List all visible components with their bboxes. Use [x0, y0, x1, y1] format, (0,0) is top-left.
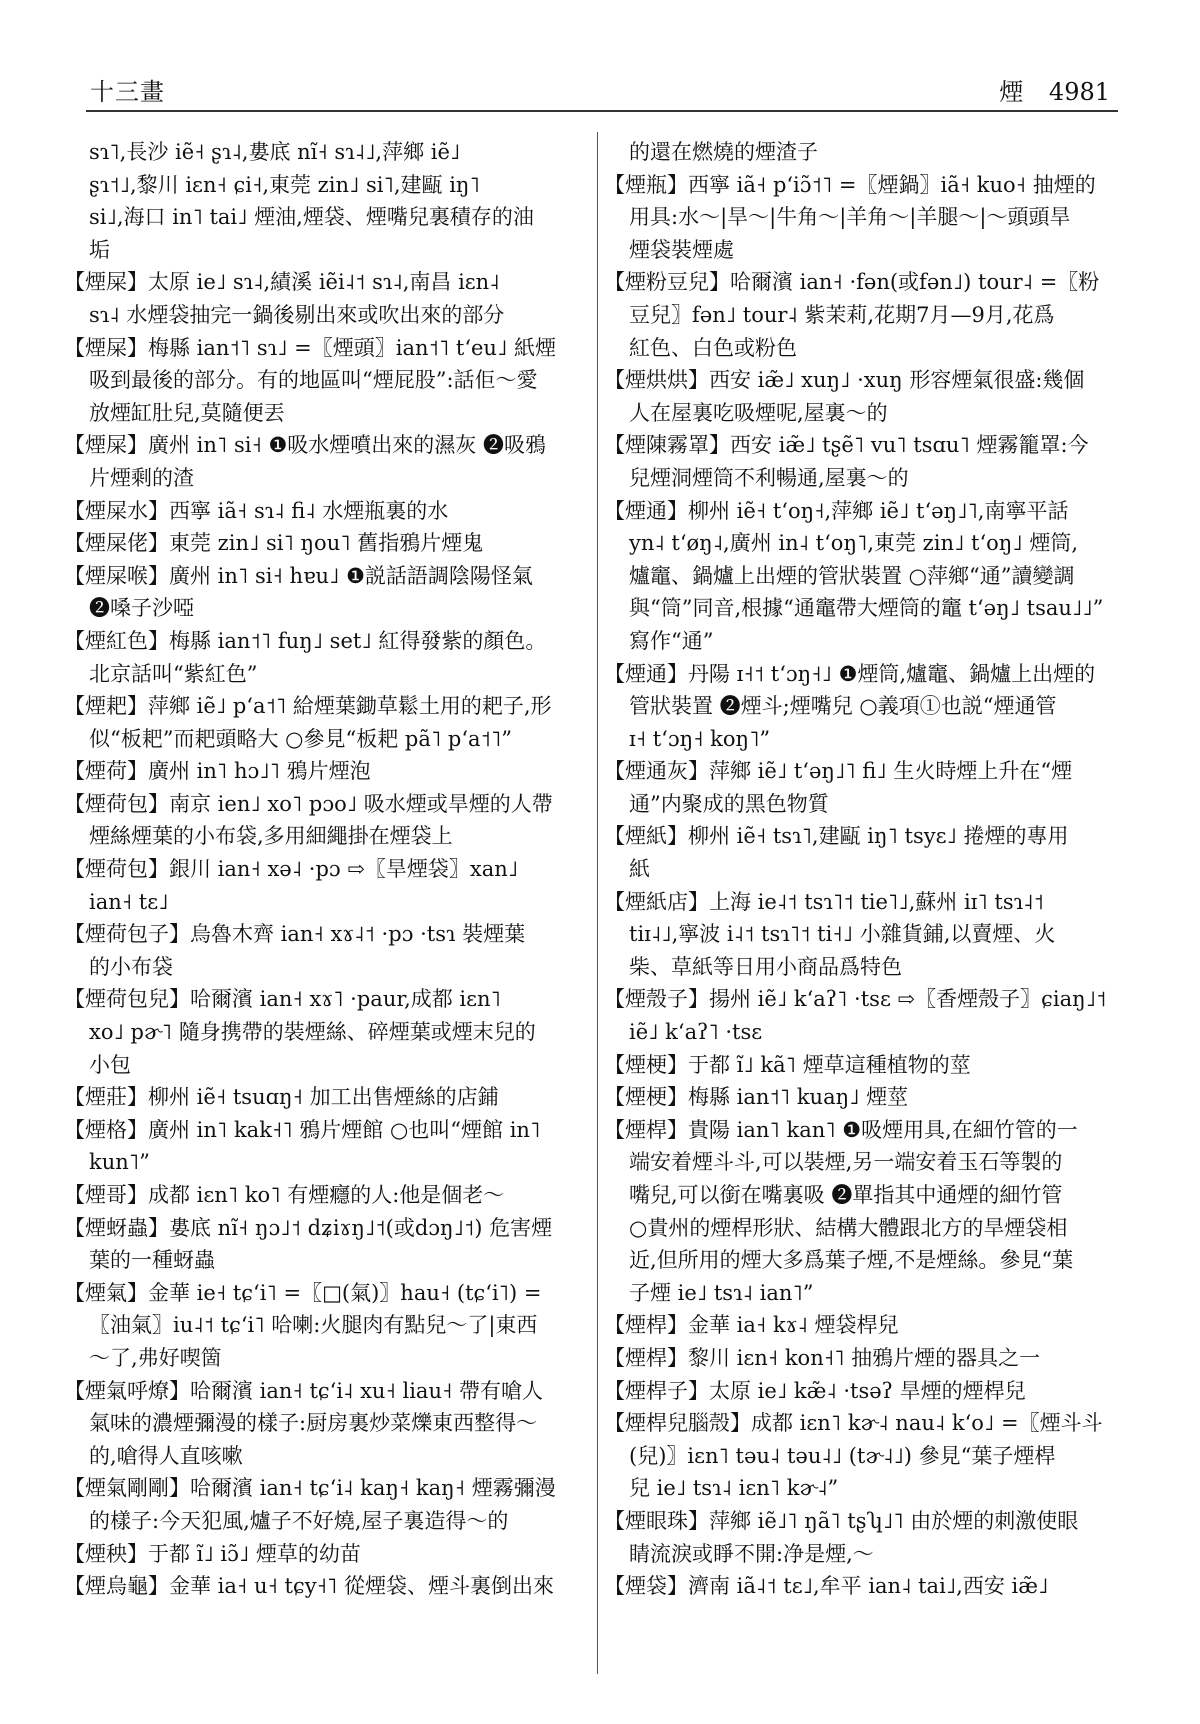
- entry-line: 【煙屎佬】東莞 zin˩ si˥ ŋou˥ 舊指鴉片煙鬼: [64, 527, 569, 560]
- entry-line: 【煙荷包兒】哈爾濱 ian˧ xɤ˥ ·paur,成都 iɛn˥: [64, 983, 569, 1016]
- entry-line: 【煙荷包】銀川 ian˧ xə˨ ·pɔ ⇨〖旱煙袋〗xan˩: [64, 853, 569, 886]
- entry-line: 【煙荷】廣州 in˥ hɔ˩˥ 鴉片煙泡: [64, 755, 569, 788]
- entry-line: 【煙梗】于都 ĩ˩ kã˥ 煙草這種植物的莖: [604, 1049, 1109, 1082]
- entry-continuation-line: 的小布袋: [64, 951, 569, 984]
- entry-continuation-line: 小包: [64, 1049, 569, 1082]
- entry-continuation-line: 柴、草紙等日用小商品爲特色: [604, 951, 1109, 984]
- entry-line: 【煙屎水】西寧 iã˧ sɿ˨ fi˨ 水煙瓶裏的水: [64, 495, 569, 528]
- entry-continuation-line: 放煙缸肚兒,莫隨便丟: [64, 397, 569, 430]
- entry-continuation-line: 兒煙洞煙筒不利暢通,屋裏～的: [604, 462, 1109, 495]
- entry-line: 【煙屎】廣州 in˥ si˧ ❶吸水煙噴出來的濕灰 ❷吸鴉: [64, 429, 569, 462]
- entry-continuation-line: ❷嗓子沙啞: [64, 592, 569, 625]
- entry-line: 【煙紙】柳州 iẽ˧ tsɿ˥,建甌 iŋ˥ tsyɛ˩ 捲煙的專用: [604, 820, 1109, 853]
- entry-line: 【煙哥】成都 iɛn˥ ko˥ 有煙癮的人:他是個老～: [64, 1179, 569, 1212]
- entry-line: 【煙桿子】太原 ie˩ kæ̃˨ ·tsəʔ 旱煙的煙桿兒: [604, 1375, 1109, 1408]
- entry-line: 【煙秧】于都 ĩ˩ iɔ̃˩ 煙草的幼苗: [64, 1538, 569, 1571]
- entry-line: 【煙桿】金華 ia˧ kɤ˨ 煙袋桿兒: [604, 1309, 1109, 1342]
- entry-line: 【煙荷包子】烏魯木齊 ian˧ xɤ˨˦ ·pɔ ·tsɿ 裝煙葉: [64, 918, 569, 951]
- entry-continuation-line: 通”内聚成的黑色物質: [604, 788, 1109, 821]
- entry-continuation-line: 的還在燃燒的煙渣子: [604, 136, 1109, 169]
- entry-line: 【煙通】丹陽 ɪ˧˦ tʻɔŋ˧˩ ❶煙筒,爐竈、鍋爐上出煙的: [604, 658, 1109, 691]
- entry-continuation-line: 的樣子:今天犯風,爐子不好燒,屋子裏造得～的: [64, 1505, 569, 1538]
- entry-continuation-line: 寫作“通”: [604, 625, 1109, 658]
- entry-continuation-line: yn˨ tʻøŋ˨,廣州 in˨ tʻoŋ˥,東莞 zin˩ tʻoŋ˩ 煙筒,: [604, 527, 1109, 560]
- entry-line: 【煙格】廣州 in˥ kak˧˥ 鴉片煙館 ○也叫“煙館 in˥: [64, 1114, 569, 1147]
- left-column: sɿ˥,長沙 iẽ˧ ʂɿ˨,婁底 nĩ˧ sɿ˨˩,萍鄉 iẽ˩ʂɿ˦˩,黎川…: [64, 136, 569, 1603]
- entry-continuation-line: 煙絲煙葉的小布袋,多用細繩掛在煙袋上: [64, 820, 569, 853]
- entry-continuation-line: si˩,海口 in˥ tai˩ 煙油,煙袋、煙嘴兒裏積存的油: [64, 201, 569, 234]
- entry-line: 【煙屎】梅縣 ian˦˥ sɿ˩ =〖煙頭〗ian˦˥ tʻeu˩ 紙煙: [64, 332, 569, 365]
- entry-line: 【煙耙】萍鄉 iẽ˩ pʻa˦˥ 給煙葉鋤草鬆土用的耙子,形: [64, 690, 569, 723]
- entry-continuation-line: iẽ˩ kʻaʔ˥ ·tsɛ: [604, 1016, 1109, 1049]
- column-divider: [597, 132, 598, 1674]
- entry-continuation-line: 與“筒”同音,根據“通竈帶大煙筒的竈 tʻəŋ˩ tsau˩˩”: [604, 592, 1109, 625]
- entry-line: 【煙紅色】梅縣 ian˦˥ fuŋ˩ set˩ 紅得發紫的顏色。: [64, 625, 569, 658]
- entry-continuation-line: 垢: [64, 234, 569, 267]
- entry-line: 【煙眼珠】萍鄉 iẽ˩˥ ŋã˥ tʂʮ˩˥ 由於煙的刺激使眼: [604, 1505, 1109, 1538]
- entry-continuation-line: 北京話叫“紫紅色”: [64, 658, 569, 691]
- entry-line: 【煙殼子】揚州 iẽ˩ kʻaʔ˥ ·tsɛ ⇨〖香煙殼子〗ɕiaŋ˩˦: [604, 983, 1109, 1016]
- entry-continuation-line: (兒)〗iɛn˥ təu˨ təu˨˩ (tɚ˨˩) 參見“葉子煙桿: [604, 1440, 1109, 1473]
- header-rule: [86, 110, 1118, 112]
- headword-label: 煙: [999, 78, 1023, 106]
- entry-continuation-line: 似“板耙”而耙頭略大 ○參見“板耙 pã˥ pʻa˦˥”: [64, 723, 569, 756]
- entry-continuation-line: ○貴州的煙桿形狀、結構大體跟北方的旱煙袋相: [604, 1212, 1109, 1245]
- entry-line: 【煙紙店】上海 ie˨˦ tsɿ˥˦ tie˥˩,蘇州 iɪ˥ tsɿ˨˦: [604, 886, 1109, 919]
- entry-continuation-line: ～了,弗好喫箇: [64, 1342, 569, 1375]
- entry-line: 【煙通灰】萍鄉 iẽ˩ tʻəŋ˩˥ fi˩ 生火時煙上升在“煙: [604, 755, 1109, 788]
- entry-continuation-line: 吸到最後的部分。有的地區叫“煙屁股”:話佢～愛: [64, 364, 569, 397]
- entry-line: 【煙屎喉】廣州 in˥ si˧ hɐu˩ ❶説話語調陰陽怪氣: [64, 560, 569, 593]
- entry-continuation-line: ian˧ tɛ˩: [64, 886, 569, 919]
- entry-line: 【煙氣呼燎】哈爾濱 ian˧ tɕʻi˨ xu˧ liau˧ 帶有嗆人: [64, 1375, 569, 1408]
- entry-line: 【煙桿兒腦殼】成都 iɛn˥ kɚ˨ nau˨ kʻo˩ =〖煙斗斗: [604, 1407, 1109, 1440]
- entry-line: 【煙蚜蟲】婁底 nĩ˧ ŋɔ˩˦ dʑiɤŋ˩˦(或dɔŋ˩˦) 危害煙: [64, 1212, 569, 1245]
- entry-continuation-line: 用具:水～|旱～|牛角～|羊角～|羊腿～|～頭頭旱: [604, 201, 1109, 234]
- entry-continuation-line: 葉的一種蚜蟲: [64, 1244, 569, 1277]
- entry-line: 【煙烏龜】金華 ia˧ u˧ tɕy˧˥ 從煙袋、煙斗裏倒出來: [64, 1570, 569, 1603]
- entry-continuation-line: 紅色、白色或粉色: [604, 332, 1109, 365]
- entry-continuation-line: 嘴兒,可以銜在嘴裏吸 ❷單指其中通煙的細竹管: [604, 1179, 1109, 1212]
- entry-line: 【煙氣】金華 ie˧ tɕʻi˥ =〖□(氣)〗hau˧ (tɕʻi˥) =: [64, 1277, 569, 1310]
- page-number: 4981: [1049, 78, 1110, 106]
- entry-line: 【煙瓶】西寧 iã˧ pʻiɔ̃˦˥ =〖煙鍋〗iã˧ kuo˧ 抽煙的: [604, 169, 1109, 202]
- entry-line: 【煙氣剛剛】哈爾濱 ian˧ tɕʻi˨ kaŋ˧ kaŋ˧ 煙霧彌漫: [64, 1472, 569, 1505]
- entry-continuation-line: 近,但所用的煙大多爲葉子煙,不是煙絲。參見“葉: [604, 1244, 1109, 1277]
- entry-continuation-line: 子煙 ie˩ tsɿ˨ ian˥”: [604, 1277, 1109, 1310]
- page-locator: 煙 4981: [999, 72, 1110, 107]
- page-header: 十三畫 煙 4981: [90, 72, 1110, 112]
- entry-line: 【煙荷包】南京 ien˩ xo˥ pɔo˩ 吸水煙或旱煙的人帶: [64, 788, 569, 821]
- entry-line: 【煙粉豆兒】哈爾濱 ian˧ ·fən(或fən˩) tour˨ =〖粉: [604, 266, 1109, 299]
- entry-line: 【煙陳霧罩】西安 iæ̃˩ tʂẽ˥ vu˥ tsɑu˥ 煙霧籠罩:今: [604, 429, 1109, 462]
- entry-continuation-line: ɪ˧ tʻɔŋ˧ koŋ˥”: [604, 723, 1109, 756]
- entry-continuation-line: 端安着煙斗斗,可以裝煙,另一端安着玉石等製的: [604, 1146, 1109, 1179]
- entry-line: 【煙桿】貴陽 ian˥ kan˥ ❶吸煙用具,在細竹管的一: [604, 1114, 1109, 1147]
- entry-continuation-line: 兒 ie˩ tsɿ˨ iɛn˥ kɚ˨”: [604, 1472, 1109, 1505]
- entry-continuation-line: ʂɿ˦˩,黎川 iɛn˧ ɕi˧,東莞 zin˩ si˥,建甌 iŋ˥: [64, 169, 569, 202]
- entry-continuation-line: 紙: [604, 853, 1109, 886]
- section-label: 十三畫: [90, 72, 165, 107]
- entry-line: 【煙烘烘】西安 iæ̃˩ xuŋ˩ ·xuŋ 形容煙氣很盛:幾個: [604, 364, 1109, 397]
- entry-continuation-line: sɿ˥,長沙 iẽ˧ ʂɿ˨,婁底 nĩ˧ sɿ˨˩,萍鄉 iẽ˩: [64, 136, 569, 169]
- entry-line: 【煙屎】太原 ie˩ sɿ˨,績溪 iẽi˨˦ sɿ˨,南昌 iɛn˨: [64, 266, 569, 299]
- entry-continuation-line: xo˩ pɚ˥ 隨身携帶的裝煙絲、碎煙葉或煙末兒的: [64, 1016, 569, 1049]
- entry-line: 【煙通】柳州 iẽ˧ tʻoŋ˧,萍鄉 iẽ˩ tʻəŋ˩˥,南寧平話: [604, 495, 1109, 528]
- entry-line: 【煙桿】黎川 iɛn˧ kon˧˥ 抽鴉片煙的器具之一: [604, 1342, 1109, 1375]
- entry-continuation-line: 煙袋裝煙處: [604, 234, 1109, 267]
- entry-line: 【煙袋】濟南 iã˨˦ tɛ˩,牟平 ian˨ tai˩,西安 iæ̃˩: [604, 1570, 1109, 1603]
- entry-continuation-line: 氣味的濃煙彌漫的樣子:厨房裏炒菜爍東西整得～: [64, 1407, 569, 1440]
- entry-continuation-line: tiɪ˨˩,寧波 i˨˦ tsɿ˥˦ ti˧˩ 小雜貨鋪,以賣煙、火: [604, 918, 1109, 951]
- entry-continuation-line: 豆兒〗fən˩ tour˨ 紫茉莉,花期7月—9月,花爲: [604, 299, 1109, 332]
- entry-continuation-line: 片煙剩的渣: [64, 462, 569, 495]
- entry-continuation-line: 〖油氣〗iu˨˦ tɕʻi˥ 哈喇:火腿肉有點兒～了|東西: [64, 1309, 569, 1342]
- entry-continuation-line: 人在屋裏吃吸煙呢,屋裏～的: [604, 397, 1109, 430]
- entry-line: 【煙莊】柳州 iẽ˧ tsuɑŋ˧ 加工出售煙絲的店鋪: [64, 1081, 569, 1114]
- entry-continuation-line: 的,嗆得人直咳嗽: [64, 1440, 569, 1473]
- entry-line: 【煙梗】梅縣 ian˦˥ kuaŋ˩ 煙莖: [604, 1081, 1109, 1114]
- entry-continuation-line: 睛流淚或睜不開:净是煙,～: [604, 1538, 1109, 1571]
- right-column: 的還在燃燒的煙渣子【煙瓶】西寧 iã˧ pʻiɔ̃˦˥ =〖煙鍋〗iã˧ kuo…: [604, 136, 1109, 1603]
- entry-continuation-line: sɿ˨ 水煙袋抽完一鍋後剔出來或吹出來的部分: [64, 299, 569, 332]
- entry-continuation-line: 管狀裝置 ❷煙斗;煙嘴兒 ○義項①也説“煙通管: [604, 690, 1109, 723]
- entry-continuation-line: 爐竈、鍋爐上出煙的管狀裝置 ○萍鄉“通”讀變調: [604, 560, 1109, 593]
- entry-continuation-line: kun˥”: [64, 1146, 569, 1179]
